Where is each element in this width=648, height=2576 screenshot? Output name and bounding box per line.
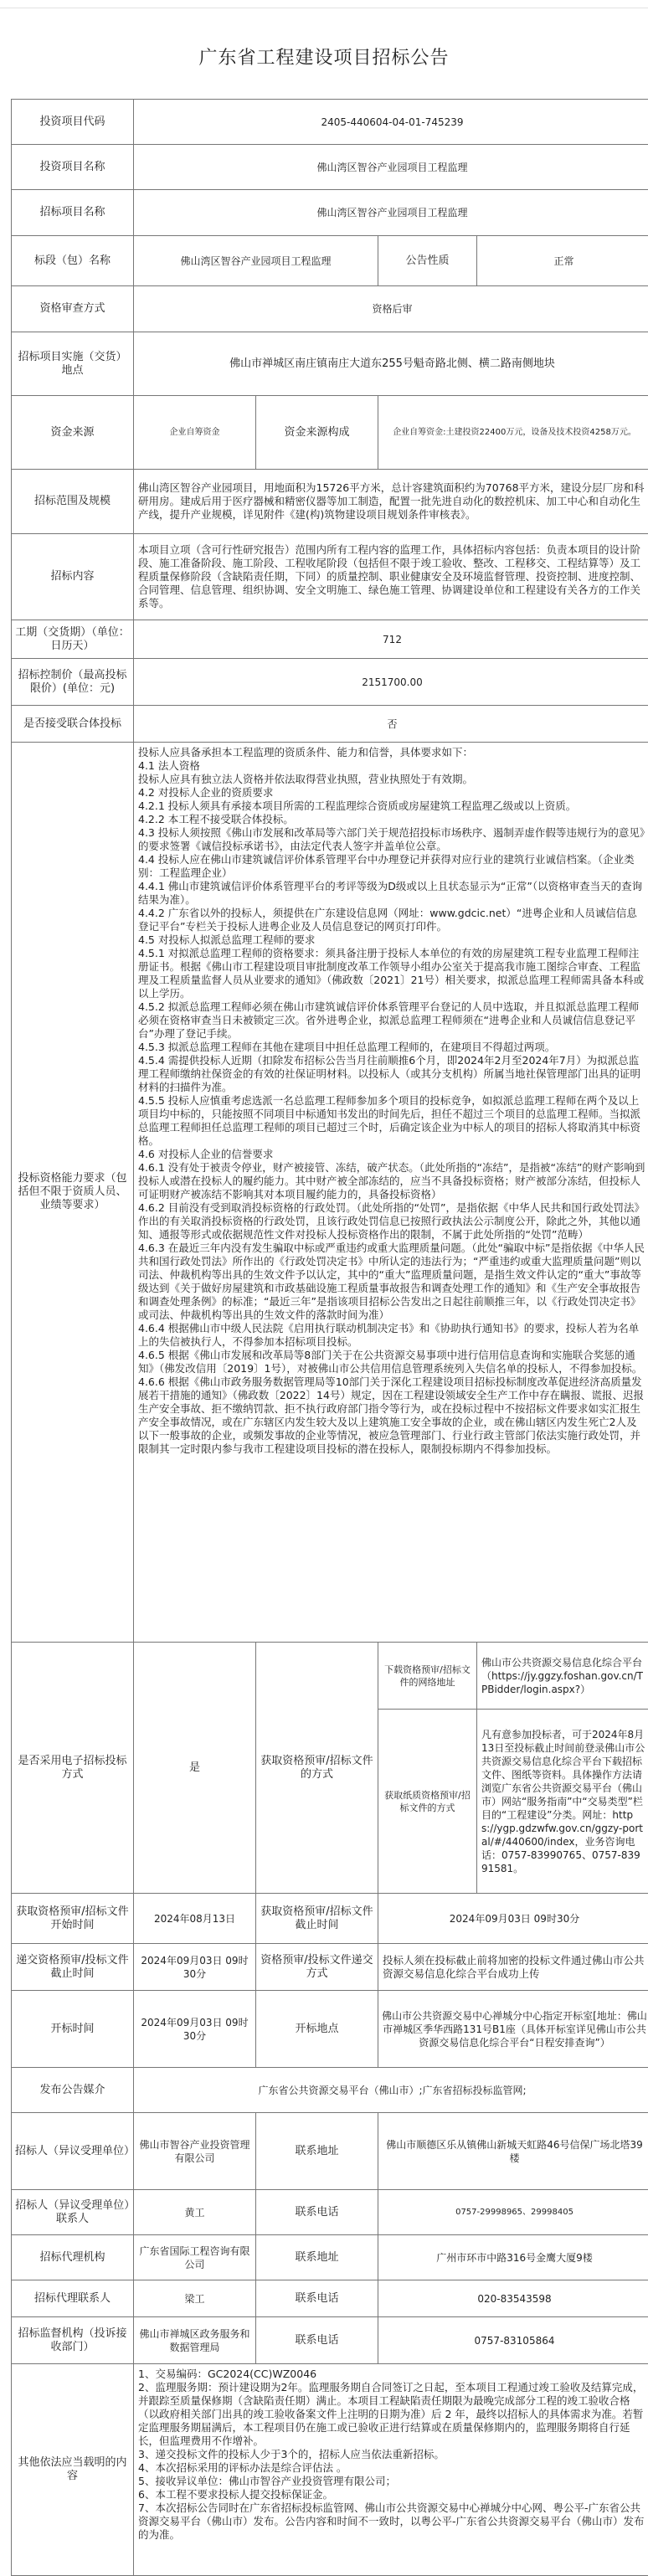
label-opening-time: 开标时间 (12, 1991, 134, 2068)
value-other: 1、交易编码：GC2024(CC)WZ0046 2、监理服务期：预计建设期为2年… (134, 2364, 648, 2576)
label-agency-address: 联系地址 (256, 2235, 378, 2280)
value-download-address[interactable]: 佛山市公共资源交易信息化综合平台（https://jy.ggzy.foshan.… (477, 1643, 648, 1710)
row-content: 招标内容 本项目立项（含可行性研究报告）范围内所有工程内容的监理工作，具体招标内… (12, 534, 648, 620)
label-content: 招标内容 (12, 534, 134, 620)
row-submit: 递交资格预审/投标文件截止时间 2024年09月03日 09时30分 资格预审/… (12, 1944, 648, 1991)
other-line: 5、接收异议单位：佛山市智谷产业投资管理有限公司； (138, 2475, 646, 2488)
announcement-table: 投资项目代码 2405-440604-04-01-745239 投资项目名称 佛… (11, 99, 648, 2576)
label-obtain-start: 获取资格预审/招标文件开始时间 (12, 1894, 134, 1944)
page-title: 广东省工程建设项目招标公告 (0, 8, 648, 99)
row-consortium: 是否接受联合体投标 否 (12, 706, 648, 743)
value-submit-deadline: 2024年09月03日 09时30分 (134, 1944, 256, 1991)
qualification-line: 4.4.1 佛山市建筑诚信评价体系管理平台的考评等级为D级或以上且状态显示为“正… (138, 880, 646, 907)
label-submit-deadline: 递交资格预审/投标文件截止时间 (12, 1944, 134, 1991)
value-agency-contact: 梁工 (134, 2280, 256, 2317)
row-qualification: 投标资格能力要求（包括但不限于资质人员、业绩等要求） 投标人应具备承担本工程监理… (12, 743, 648, 1643)
label-agency-phone: 联系电话 (256, 2280, 378, 2317)
row-funding: 资金来源 企业自筹资金 资金来源构成 企业自筹资金:土建投资22400万元，设备… (12, 396, 648, 470)
value-section-name: 佛山湾区智谷产业园项目工程监理 (134, 236, 378, 286)
row-project-name: 投资项目名称 佛山湾区智谷产业园项目工程监理 (12, 145, 648, 190)
label-consortium: 是否接受联合体投标 (12, 706, 134, 743)
label-tender-name: 招标项目名称 (12, 190, 134, 236)
value-tender-name: 佛山湾区智谷产业园项目工程监理 (134, 190, 648, 236)
row-scope: 招标范围及规模 佛山湾区智谷产业园项目，用地面积为15726平方米，总计容建筑面… (12, 470, 648, 534)
value-project-name: 佛山湾区智谷产业园项目工程监理 (134, 145, 648, 190)
qualification-line: 4.5 对投标人拟派总监理工程师的要求 (138, 933, 646, 947)
qualification-line: 4.6.3 在最近三年内没有发生骗取中标或严重违约或重大监理质量问题。（此处“骗… (138, 1242, 646, 1322)
label-tenderer-phone: 联系电话 (256, 2190, 378, 2235)
value-announcement-nature: 正常 (477, 236, 648, 286)
value-agency-phone: 020-83543598 (378, 2280, 648, 2317)
qualification-line: 4.6.6 根据《佛山市政务服务数据管理局等10部门关于深化工程建设项目招标投标… (138, 1375, 646, 1456)
label-project-code: 投资项目代码 (12, 100, 134, 145)
other-line: 1、交易编码：GC2024(CC)WZ0046 (138, 2368, 646, 2381)
label-download-address: 下载资格预审/招标文件的网络地址 (378, 1643, 477, 1710)
qualification-line: 4.4.2 广东省以外的投标人，须提供在广东建设信息网（网址：www.gdcic… (138, 907, 646, 933)
qualification-line: 4.6.5 根据《佛山市发展和改革局等8部门关于在公共资源交易事项中进行信用信息… (138, 1349, 646, 1375)
other-line: 4、本次招标采用的评标办法是综合评估法 。 (138, 2461, 646, 2475)
other-line: 2、监理服务期：预计建设期为2年。监理服务期自合同签订之日起，至本项目工程通过竣… (138, 2381, 646, 2448)
row-tenderer: 招标人（异议受理单位） 佛山市智谷产业投资管理有限公司 联系地址 佛山市顺德区乐… (12, 2113, 648, 2190)
value-funding-composition: 企业自筹资金:土建投资22400万元，设备及技术投资4258万元。 (378, 396, 648, 470)
row-max-price: 招标控制价（最高投标限价）(单位：元) 2151700.00 (12, 659, 648, 706)
value-qualification: 投标人应具备承担本工程监理的资质条件、能力和信誉，具体要求如下： 4.1 法人资… (134, 743, 648, 1643)
value-tenderer-address: 佛山市顺德区乐从镇佛山新城天虹路46号信保广场北塔39楼 (378, 2113, 648, 2190)
row-other: 其他依法应当载明的内容 1、交易编码：GC2024(CC)WZ0046 2、监理… (12, 2364, 648, 2576)
row-obtain-time: 获取资格预审/招标文件开始时间 2024年08月13日 获取资格预审/招标文件截… (12, 1894, 648, 1944)
value-review-method: 资格后审 (134, 286, 648, 332)
other-line: 3、递交投标文件的投标人少于3个的，招标人应当依法重新招标。 (138, 2448, 646, 2461)
value-obtain-start: 2024年08月13日 (134, 1894, 256, 1944)
top-divider (0, 0, 648, 8)
qualification-line: 4.1 法人资格 (138, 759, 646, 773)
label-qualification: 投标资格能力要求（包括但不限于资质人员、业绩等要求） (12, 743, 134, 1643)
value-tenderer: 佛山市智谷产业投资管理有限公司 (134, 2113, 256, 2190)
qualification-line: 4.2.1 投标人须具有承接本项目所需的工程监理综合资质或房屋建筑工程监理乙级或… (138, 800, 646, 813)
row-tender-name: 招标项目名称 佛山湾区智谷产业园项目工程监理 (12, 190, 648, 236)
value-scope: 佛山湾区智谷产业园项目，用地面积为15726平方米，总计容建筑面积约为70768… (134, 470, 648, 534)
label-location: 招标项目实施（交货）地点 (12, 332, 134, 396)
label-media: 发布公告媒介 (12, 2068, 134, 2113)
qualification-line: 4.5.4 需提供投标人近期（扣除发布招标公告当月往前顺推6个月，即2024年2… (138, 1054, 646, 1094)
qualification-line: 4.2 对投标人企业的资质要求 (138, 786, 646, 800)
other-line: 7、本次招标公告同时在广东省招标投标监管网、佛山市公共资源交易中心禅城分中心网、… (138, 2501, 646, 2542)
value-paper-method: 凡有意参加投标者，可于2024年8月13日至投标截止时间前登录佛山市公共资源交易… (477, 1710, 648, 1894)
value-agency-address: 广州市环市中路316号金鹰大厦9楼 (378, 2235, 648, 2280)
label-electronic: 是否采用电子招标投标方式 (12, 1643, 134, 1894)
label-supervisor-phone: 联系电话 (256, 2317, 378, 2364)
label-tenderer-address: 联系地址 (256, 2113, 378, 2190)
label-tenderer-contact: 招标人（异议受理单位）联系人 (12, 2190, 134, 2235)
label-duration: 工期（交货期）（单位：日历天） (12, 620, 134, 659)
label-funding: 资金来源 (12, 396, 134, 470)
value-project-code: 2405-440604-04-01-745239 (134, 100, 648, 145)
label-scope: 招标范围及规模 (12, 470, 134, 534)
row-tenderer-contact: 招标人（异议受理单位）联系人 黄工 联系电话 0757-29998965、299… (12, 2190, 648, 2235)
value-content: 本项目立项（含可行性研究报告）范围内所有工程内容的监理工作，具体招标内容包括：负… (134, 534, 648, 620)
other-line: 6、本工程不要求投标人提交投标保证金。 (138, 2488, 646, 2501)
label-agency: 招标代理机构 (12, 2235, 134, 2280)
qualification-line: 4.5.2 拟派总监理工程师必须在佛山市建筑诚信评价体系管理平台登记的人员中选取… (138, 1000, 646, 1041)
qualification-line: 4.5.3 拟派总监理工程师在其他在建项目中担任总监理工程师的，在建项目不得超过… (138, 1041, 646, 1054)
value-location: 佛山市禅城区南庄镇南庄大道东255号魁奇路北侧、横二路南侧地块 (134, 332, 648, 396)
qualification-line: 4.3 投标人须按照《佛山市发展和改革局等六部门关于规范招投标市场秩序、遏制弄虚… (138, 826, 646, 853)
row-supervisor: 招标监督机构（投诉接收部门） 佛山市禅城区政务服务和数据管理局 联系电话 075… (12, 2317, 648, 2364)
label-max-price: 招标控制价（最高投标限价）(单位：元) (12, 659, 134, 706)
row-section-name: 标段（包）名称 佛山湾区智谷产业园项目工程监理 公告性质 正常 (12, 236, 648, 286)
value-consortium: 否 (134, 706, 648, 743)
qualification-line: 4.6 对投标人企业的信誉要求 (138, 1148, 646, 1161)
label-tenderer: 招标人（异议受理单位） (12, 2113, 134, 2190)
label-announcement-nature: 公告性质 (378, 236, 477, 286)
label-section-name: 标段（包）名称 (12, 236, 134, 286)
label-opening-place: 开标地点 (256, 1991, 378, 2068)
label-funding-composition: 资金来源构成 (256, 396, 378, 470)
value-supervisor-phone: 0757-83105864 (378, 2317, 648, 2364)
value-supervisor: 佛山市禅城区政务服务和数据管理局 (134, 2317, 256, 2364)
row-electronic-download: 是否采用电子招标投标方式 是 获取资格预审/招标文件的方式 下载资格预审/招标文… (12, 1643, 648, 1710)
label-paper-method: 获取纸质资格预审/招标文件的方式 (378, 1710, 477, 1894)
qualification-line: 投标人应具有独立法人资格并依法取得营业执照，营业执照处于有效期。 (138, 773, 646, 786)
row-location: 招标项目实施（交货）地点 佛山市禅城区南庄镇南庄大道东255号魁奇路北侧、横二路… (12, 332, 648, 396)
qualification-line: 4.5.5 投标人应慎重考虑选派一名总监理工程师参加多个项目的投标竞争，如拟派总… (138, 1094, 646, 1148)
qualification-line: 4.6.4 根据佛山市中级人民法院《启用执行联动机制决定书》和《协助执行通知书》… (138, 1322, 646, 1349)
value-opening-place: 佛山市公共资源交易中心禅城分中心指定开标室[地址：佛山市禅城区季华西路131号B… (378, 1991, 648, 2068)
row-media: 发布公告媒介 广东省公共资源交易平台（佛山市）;广东省招标投标监管网; (12, 2068, 648, 2113)
value-max-price: 2151700.00 (134, 659, 648, 706)
label-obtain-end: 获取资格预审/招标文件截止时间 (256, 1894, 378, 1944)
value-duration: 712 (134, 620, 648, 659)
label-submit-method: 资格预审/投标文件递交方式 (256, 1944, 378, 1991)
qualification-line: 4.6.2 目前没有受到取消投标资格的行政处罚。（此处所指的“处罚”，是指依据《… (138, 1201, 646, 1242)
label-other: 其他依法应当载明的内容 (12, 2364, 134, 2576)
value-tenderer-contact: 黄工 (134, 2190, 256, 2235)
row-agency: 招标代理机构 广东省国际工程咨询有限公司 联系地址 广州市环市中路316号金鹰大… (12, 2235, 648, 2280)
value-obtain-end: 2024年09月03日 09时30分 (378, 1894, 648, 1944)
qualification-line: 4.6.1 没有处于被责令停业，财产被接管、冻结，破产状态。（此处所指的“冻结”… (138, 1161, 646, 1201)
label-obtain-method: 获取资格预审/招标文件的方式 (256, 1643, 378, 1894)
value-agency: 广东省国际工程咨询有限公司 (134, 2235, 256, 2280)
row-duration: 工期（交货期）（单位：日历天） 712 (12, 620, 648, 659)
row-project-code: 投资项目代码 2405-440604-04-01-745239 (12, 100, 648, 145)
value-electronic: 是 (134, 1643, 256, 1894)
qualification-line: 4.5.1 对拟派总监理工程师的资格要求：须具备注册于投标人本单位的有效的房屋建… (138, 947, 646, 1000)
value-media: 广东省公共资源交易平台（佛山市）;广东省招标投标监管网; (134, 2068, 648, 2113)
label-review-method: 资格审查方式 (12, 286, 134, 332)
qualification-line: 投标人应具备承担本工程监理的资质条件、能力和信誉，具体要求如下： (138, 746, 646, 759)
row-review-method: 资格审查方式 资格后审 (12, 286, 648, 332)
row-opening: 开标时间 2024年09月03日 09时30分 开标地点 佛山市公共资源交易中心… (12, 1991, 648, 2068)
value-submit-method: 投标人须在投标截止前将加密的投标文件通过佛山市公共资源交易信息化综合平台成功上传 (378, 1944, 648, 1991)
value-tenderer-phone: 0757-29998965、29998405 (378, 2190, 648, 2235)
label-agency-contact: 招标代理联系人 (12, 2280, 134, 2317)
qualification-line: 4.2.2 本工程不接受联合体投标。 (138, 813, 646, 826)
label-project-name: 投资项目名称 (12, 145, 134, 190)
value-opening-time: 2024年09月03日 09时30分 (134, 1991, 256, 2068)
value-funding: 企业自筹资金 (134, 396, 256, 470)
qualification-line: 4.4 投标人应在佛山市建筑诚信评价体系管理平台中办理登记并获得对应行业的建筑行… (138, 853, 646, 880)
row-agency-contact: 招标代理联系人 梁工 联系电话 020-83543598 (12, 2280, 648, 2317)
label-supervisor: 招标监督机构（投诉接收部门） (12, 2317, 134, 2364)
